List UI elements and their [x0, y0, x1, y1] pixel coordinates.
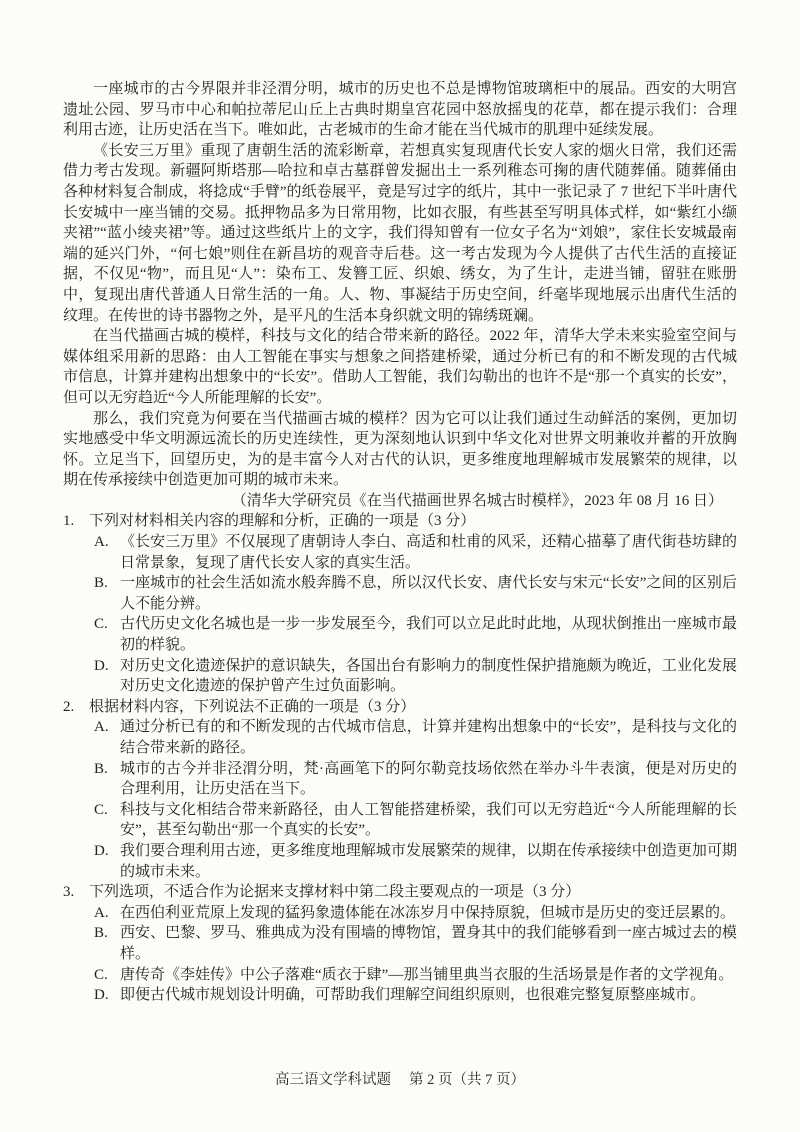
question-stem-text: 下列对材料相关内容的理解和分析，正确的一项是（3 分）	[89, 511, 737, 532]
question-3: 3. 下列选项，不适合作为论据来支撑材料中第二段主要观点的一项是（3 分） A.…	[63, 882, 737, 1006]
question-3-option-b: B. 西安、巴黎、罗马、雅典成为没有围墙的博物馆，置身其中的我们能够看到一座古城…	[63, 923, 737, 964]
option-label: B.	[94, 573, 120, 594]
option-text: 古代历史文化名城也是一步一步发展至今，我们可以立足此时此地，从现状倒推出一座城市…	[120, 614, 737, 655]
footer-page-indicator: 第 2 页（共 7 页）	[409, 1072, 525, 1088]
question-number: 3.	[63, 882, 89, 903]
reading-passage: 一座城市的古今界限并非泾渭分明，城市的历史也不总是博物馆玻璃柜中的展品。西安的大…	[63, 79, 737, 511]
question-1: 1. 下列对材料相关内容的理解和分析，正确的一项是（3 分） A. 《长安三万里…	[63, 511, 737, 696]
question-1-option-a: A. 《长安三万里》不仅展现了唐朝诗人李白、高适和杜甫的风采，还精心描摹了唐代街…	[63, 532, 737, 573]
option-text: 通过分析已有的和不断发现的古代城市信息，计算并建构出想象中的“长安”，是科技与文…	[120, 717, 737, 758]
option-label: C.	[94, 800, 120, 821]
option-text: 科技与文化相结合带来新路径，由人工智能搭建桥梁，我们可以无穷趋近“今人所能理解的…	[120, 800, 737, 841]
question-2-option-a: A. 通过分析已有的和不断发现的古代城市信息，计算并建构出想象中的“长安”，是科…	[63, 717, 737, 758]
option-label: D.	[94, 985, 120, 1006]
option-label: B.	[94, 923, 120, 944]
option-text: 《长安三万里》不仅展现了唐朝诗人李白、高适和杜甫的风采，还精心描摹了唐代街巷坊肆…	[120, 532, 737, 573]
option-label: A.	[94, 717, 120, 738]
option-label: D.	[94, 841, 120, 862]
passage-paragraph-3: 在当代描画古城的模样，科技与文化的结合带来新的路径。2022 年，清华大学未来实…	[63, 326, 737, 408]
question-1-option-d: D. 对历史文化遗迹保护的意识缺失，各国出台有影响力的制度性保护措施颇为晚近，工…	[63, 656, 737, 697]
question-2-option-b: B. 城市的古今并非泾渭分明，梵·高画笔下的阿尔勒竞技场依然在举办斗牛表演，便是…	[63, 759, 737, 800]
option-label: C.	[94, 614, 120, 635]
questions-section: 1. 下列对材料相关内容的理解和分析，正确的一项是（3 分） A. 《长安三万里…	[63, 511, 737, 1005]
option-text: 西安、巴黎、罗马、雅典成为没有围墙的博物馆，置身其中的我们能够看到一座古城过去的…	[120, 923, 737, 964]
passage-paragraph-1: 一座城市的古今界限并非泾渭分明，城市的历史也不总是博物馆玻璃柜中的展品。西安的大…	[63, 79, 737, 141]
option-label: B.	[94, 759, 120, 780]
question-2-option-d: D. 我们要合理利用古迹，更多维度地理解城市发展繁荣的规律，以期在传承接续中创造…	[63, 841, 737, 882]
option-text: 一座城市的社会生活如流水般奔腾不息，所以汉代长安、唐代长安与宋元“长安”之间的区…	[120, 573, 737, 614]
question-3-option-c: C. 唐传奇《李娃传》中公子落难“质衣于肆”—那当铺里典当衣服的生活场景是作者的…	[63, 965, 737, 986]
page-content: 一座城市的古今界限并非泾渭分明，城市的历史也不总是博物馆玻璃柜中的展品。西安的大…	[63, 79, 737, 1006]
scanned-exam-page: 一座城市的古今界限并非泾渭分明，城市的历史也不总是博物馆玻璃柜中的展品。西安的大…	[0, 0, 800, 1132]
option-text: 我们要合理利用古迹，更多维度地理解城市发展繁荣的规律，以期在传承接续中创造更加可…	[120, 841, 737, 882]
option-label: A.	[94, 532, 120, 553]
page-footer: 高三语文学科试题第 2 页（共 7 页）	[0, 1068, 800, 1089]
question-2-option-c: C. 科技与文化相结合带来新路径，由人工智能搭建桥梁，我们可以无穷趋近“今人所能…	[63, 800, 737, 841]
passage-citation: （清华大学研究员《在当代描画世界名城古时模样》，2023 年 08 月 16 日…	[63, 491, 737, 512]
option-text: 在西伯利亚荒原上发现的猛犸象遗体能在冰冻岁月中保持原貌，但城市是历史的变迁层累的…	[120, 903, 737, 924]
question-3-option-a: A. 在西伯利亚荒原上发现的猛犸象遗体能在冰冻岁月中保持原貌，但城市是历史的变迁…	[63, 903, 737, 924]
option-text: 城市的古今并非泾渭分明，梵·高画笔下的阿尔勒竞技场依然在举办斗牛表演，便是对历史…	[120, 759, 737, 800]
question-1-option-b: B. 一座城市的社会生活如流水般奔腾不息，所以汉代长安、唐代长安与宋元“长安”之…	[63, 573, 737, 614]
question-2: 2. 根据材料内容，下列说法不正确的一项是（3 分） A. 通过分析已有的和不断…	[63, 697, 737, 882]
footer-exam-title: 高三语文学科试题	[275, 1072, 391, 1088]
question-1-option-c: C. 古代历史文化名城也是一步一步发展至今，我们可以立足此时此地，从现状倒推出一…	[63, 614, 737, 655]
passage-paragraph-4: 那么，我们究竟为何要在当代描画古城的模样？因为它可以让我们通过生动鲜活的案例，更…	[63, 409, 737, 491]
question-3-option-d: D. 即便古代城市规划设计明确，可帮助我们理解空间组织原则，也很难完整复原整座城…	[63, 985, 737, 1006]
option-label: D.	[94, 656, 120, 677]
passage-paragraph-2: 《长安三万里》重现了唐朝生活的流彩断章，若想真实复现唐代长安人家的烟火日常，我们…	[63, 141, 737, 326]
option-text: 对历史文化遗迹保护的意识缺失，各国出台有影响力的制度性保护措施颇为晚近，工业化发…	[120, 656, 737, 697]
question-stem-text: 根据材料内容，下列说法不正确的一项是（3 分）	[89, 697, 737, 718]
option-text: 唐传奇《李娃传》中公子落难“质衣于肆”—那当铺里典当衣服的生活场景是作者的文学视…	[120, 965, 737, 986]
option-label: C.	[94, 965, 120, 986]
question-1-stem: 1. 下列对材料相关内容的理解和分析，正确的一项是（3 分）	[63, 511, 737, 532]
option-text: 即便古代城市规划设计明确，可帮助我们理解空间组织原则，也很难完整复原整座城市。	[120, 985, 737, 1006]
question-number: 1.	[63, 511, 89, 532]
question-number: 2.	[63, 697, 89, 718]
question-2-stem: 2. 根据材料内容，下列说法不正确的一项是（3 分）	[63, 697, 737, 718]
option-label: A.	[94, 903, 120, 924]
question-3-stem: 3. 下列选项，不适合作为论据来支撑材料中第二段主要观点的一项是（3 分）	[63, 882, 737, 903]
question-stem-text: 下列选项，不适合作为论据来支撑材料中第二段主要观点的一项是（3 分）	[89, 882, 737, 903]
